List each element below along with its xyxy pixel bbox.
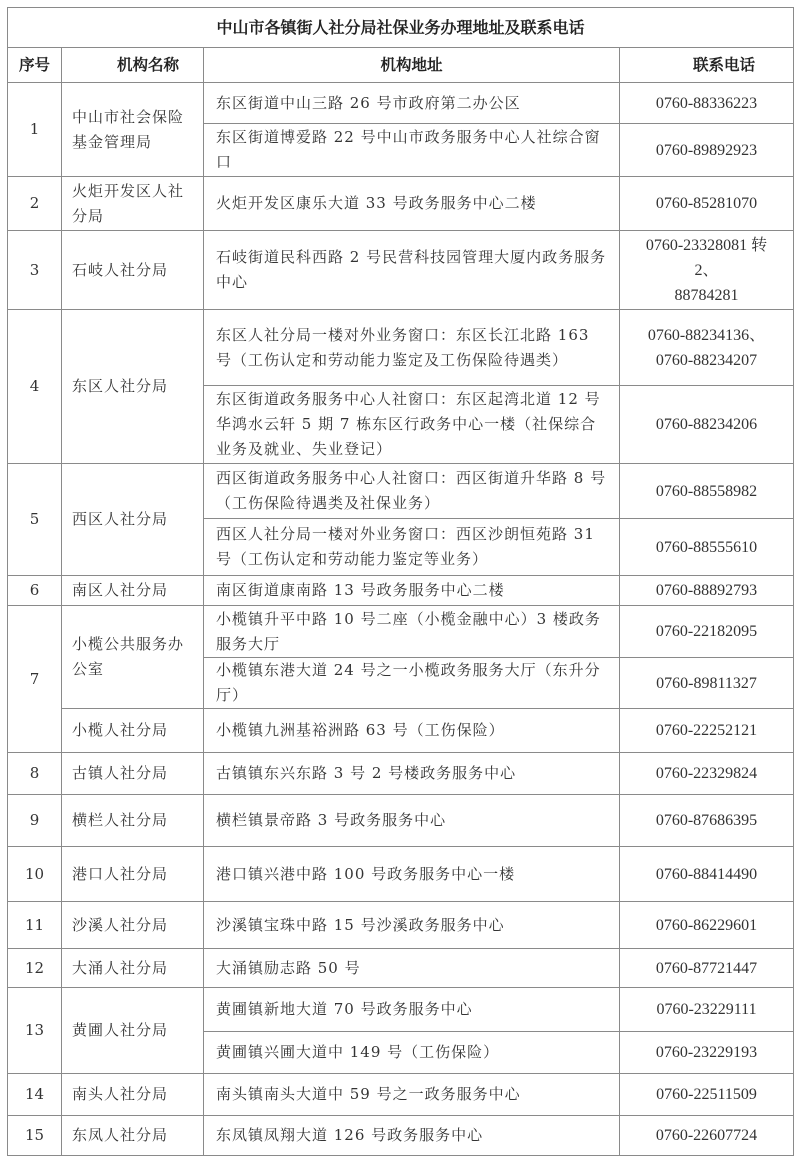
phone-line: 0760-88234207 — [626, 348, 787, 373]
table-row: 4 东区人社分局 东区人社分局一楼对外业务窗口：东区长江北路 163 号（工伤认… — [8, 310, 794, 386]
row-number: 6 — [8, 576, 62, 606]
table-row: 11 沙溪人社分局 沙溪镇宝珠中路 15 号沙溪政务服务中心 0760-8622… — [8, 902, 794, 949]
office-name: 沙溪人社分局 — [62, 902, 204, 949]
office-address: 东区人社分局一楼对外业务窗口：东区长江北路 163 号（工伤认定和劳动能力鉴定及… — [204, 310, 620, 386]
header-address: 机构地址 — [204, 48, 620, 83]
table-row: 9 横栏人社分局 横栏镇景帝路 3 号政务服务中心 0760-87686395 — [8, 795, 794, 847]
office-address: 大涌镇励志路 50 号 — [204, 949, 620, 988]
header-row: 序号 机构名称 机构地址 联系电话 — [8, 48, 794, 83]
table-row: 6 南区人社分局 南区街道康南路 13 号政务服务中心二楼 0760-88892… — [8, 576, 794, 606]
table-title: 中山市各镇街人社分局社保业务办理地址及联系电话 — [8, 8, 794, 48]
office-address: 横栏镇景帝路 3 号政务服务中心 — [204, 795, 620, 847]
office-phone: 0760-22607724 — [620, 1116, 794, 1156]
office-phone: 0760-87721447 — [620, 949, 794, 988]
office-phone: 0760-23229193 — [620, 1032, 794, 1074]
office-address: 小榄镇东港大道 24 号之一小榄政务服务大厅（东升分厅） — [204, 658, 620, 709]
office-sub-name: 小榄人社分局 — [62, 709, 204, 753]
office-name: 南头人社分局 — [62, 1074, 204, 1116]
office-phone: 0760-89811327 — [620, 658, 794, 709]
office-phone: 0760-88336223 — [620, 83, 794, 124]
office-phone: 0760-88555610 — [620, 519, 794, 576]
office-contact-table: 中山市各镇街人社分局社保业务办理地址及联系电话 序号 机构名称 机构地址 联系电… — [7, 7, 794, 1156]
office-name: 黄圃人社分局 — [62, 988, 204, 1074]
table-row: 10 港口人社分局 港口镇兴港中路 100 号政务服务中心一楼 0760-884… — [8, 847, 794, 902]
office-phone: 0760-22182095 — [620, 606, 794, 658]
table-row: 8 古镇人社分局 古镇镇东兴东路 3 号 2 号楼政务服务中心 0760-223… — [8, 753, 794, 795]
table-row: 13 黄圃人社分局 黄圃镇新地大道 70 号政务服务中心 0760-232291… — [8, 988, 794, 1032]
office-name: 小榄公共服务办公室 — [62, 606, 204, 709]
office-address: 西区街道政务服务中心人社窗口：西区街道升华路 8 号（工伤保险待遇类及社保业务） — [204, 464, 620, 519]
phone-line: 2、 — [626, 258, 787, 283]
table-row: 5 西区人社分局 西区街道政务服务中心人社窗口：西区街道升华路 8 号（工伤保险… — [8, 464, 794, 519]
office-phone: 0760-88234206 — [620, 386, 794, 464]
office-address: 东区街道博爱路 22 号中山市政务服务中心人社综合窗口 — [204, 124, 620, 177]
office-phone: 0760-88558982 — [620, 464, 794, 519]
row-number: 15 — [8, 1116, 62, 1156]
phone-line: 0760-88234136、 — [626, 323, 787, 348]
row-number: 12 — [8, 949, 62, 988]
header-name: 机构名称 — [62, 48, 204, 83]
office-phone: 0760-87686395 — [620, 795, 794, 847]
office-name: 古镇人社分局 — [62, 753, 204, 795]
header-no: 序号 — [8, 48, 62, 83]
office-name: 大涌人社分局 — [62, 949, 204, 988]
office-address: 东区街道中山三路 26 号市政府第二办公区 — [204, 83, 620, 124]
row-number: 4 — [8, 310, 62, 464]
office-phone: 0760-23328081 转 2、 88784281 — [620, 231, 794, 310]
office-address: 西区人社分局一楼对外业务窗口：西区沙朗恒苑路 31 号（工伤认定和劳动能力鉴定等… — [204, 519, 620, 576]
office-phone: 0760-88414490 — [620, 847, 794, 902]
office-name: 石岐人社分局 — [62, 231, 204, 310]
office-phone: 0760-88892793 — [620, 576, 794, 606]
row-number: 7 — [8, 606, 62, 753]
row-number: 5 — [8, 464, 62, 576]
office-phone: 0760-88234136、 0760-88234207 — [620, 310, 794, 386]
row-number: 11 — [8, 902, 62, 949]
row-number: 8 — [8, 753, 62, 795]
office-phone: 0760-22252121 — [620, 709, 794, 753]
office-address: 石岐街道民科西路 2 号民营科技园管理大厦内政务服务中心 — [204, 231, 620, 310]
office-name: 横栏人社分局 — [62, 795, 204, 847]
office-name: 南区人社分局 — [62, 576, 204, 606]
table-row: 14 南头人社分局 南头镇南头大道中 59 号之一政务服务中心 0760-225… — [8, 1074, 794, 1116]
row-number: 1 — [8, 83, 62, 177]
table-row: 7 小榄公共服务办公室 小榄镇升平中路 10 号二座（小榄金融中心）3 楼政务服… — [8, 606, 794, 658]
phone-line: 0760-23328081 转 — [626, 233, 787, 258]
office-address: 黄圃镇新地大道 70 号政务服务中心 — [204, 988, 620, 1032]
office-name: 中山市社会保险基金管理局 — [62, 83, 204, 177]
office-address: 沙溪镇宝珠中路 15 号沙溪政务服务中心 — [204, 902, 620, 949]
table-row: 2 火炬开发区人社分局 火炬开发区康乐大道 33 号政务服务中心二楼 0760-… — [8, 177, 794, 231]
office-phone: 0760-23229111 — [620, 988, 794, 1032]
office-name: 西区人社分局 — [62, 464, 204, 576]
office-address: 古镇镇东兴东路 3 号 2 号楼政务服务中心 — [204, 753, 620, 795]
table-row: 15 东凤人社分局 东凤镇凤翔大道 126 号政务服务中心 0760-22607… — [8, 1116, 794, 1156]
office-address: 东凤镇凤翔大道 126 号政务服务中心 — [204, 1116, 620, 1156]
office-name: 东区人社分局 — [62, 310, 204, 464]
office-address: 黄圃镇兴圃大道中 149 号（工伤保险） — [204, 1032, 620, 1074]
office-name: 港口人社分局 — [62, 847, 204, 902]
table-row: 小榄人社分局 小榄镇九洲基裕洲路 63 号（工伤保险） 0760-2225212… — [8, 709, 794, 753]
office-name: 火炬开发区人社分局 — [62, 177, 204, 231]
table-row: 12 大涌人社分局 大涌镇励志路 50 号 0760-87721447 — [8, 949, 794, 988]
row-number: 2 — [8, 177, 62, 231]
table-row: 1 中山市社会保险基金管理局 东区街道中山三路 26 号市政府第二办公区 076… — [8, 83, 794, 124]
row-number: 9 — [8, 795, 62, 847]
header-phone: 联系电话 — [620, 48, 794, 83]
office-address: 东区街道政务服务中心人社窗口：东区起湾北道 12 号华鸿水云轩 5 期 7 栋东… — [204, 386, 620, 464]
office-phone: 0760-86229601 — [620, 902, 794, 949]
title-row: 中山市各镇街人社分局社保业务办理地址及联系电话 — [8, 8, 794, 48]
office-address: 南区街道康南路 13 号政务服务中心二楼 — [204, 576, 620, 606]
row-number: 13 — [8, 988, 62, 1074]
office-address: 港口镇兴港中路 100 号政务服务中心一楼 — [204, 847, 620, 902]
office-phone: 0760-89892923 — [620, 124, 794, 177]
office-name: 东凤人社分局 — [62, 1116, 204, 1156]
office-phone: 0760-22511509 — [620, 1074, 794, 1116]
office-phone: 0760-22329824 — [620, 753, 794, 795]
office-address: 小榄镇九洲基裕洲路 63 号（工伤保险） — [204, 709, 620, 753]
row-number: 10 — [8, 847, 62, 902]
row-number: 14 — [8, 1074, 62, 1116]
office-phone: 0760-85281070 — [620, 177, 794, 231]
row-number: 3 — [8, 231, 62, 310]
table-row: 3 石岐人社分局 石岐街道民科西路 2 号民营科技园管理大厦内政务服务中心 07… — [8, 231, 794, 310]
office-address: 小榄镇升平中路 10 号二座（小榄金融中心）3 楼政务服务大厅 — [204, 606, 620, 658]
office-address: 火炬开发区康乐大道 33 号政务服务中心二楼 — [204, 177, 620, 231]
phone-line: 88784281 — [626, 283, 787, 308]
office-address: 南头镇南头大道中 59 号之一政务服务中心 — [204, 1074, 620, 1116]
